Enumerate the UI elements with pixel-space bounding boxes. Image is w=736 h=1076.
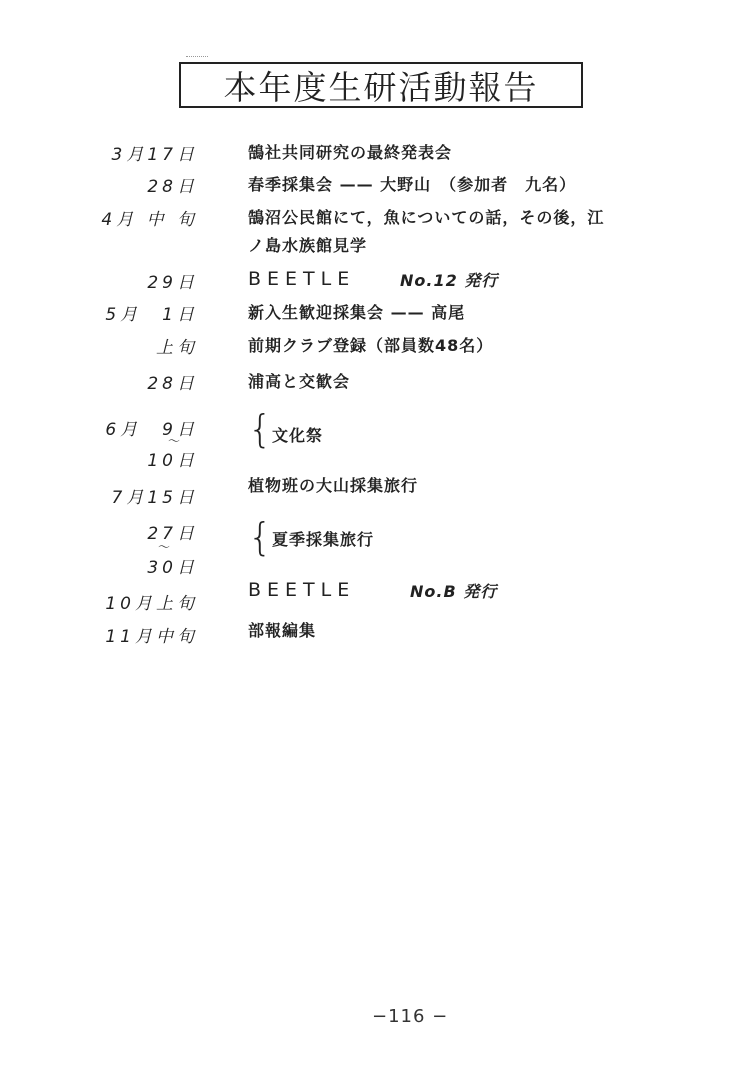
entry-row: 上旬 前期クラブ登録（部員数48名）	[0, 333, 736, 363]
entry-event: 鵠沼公民館にて，魚についての話，その後，江	[248, 205, 604, 228]
entry-event: 鵠社共同研究の最終発表会	[248, 140, 452, 163]
entry-date: 3月17日	[112, 140, 198, 165]
entry-date: 6月 9日	[105, 415, 198, 440]
entry-date: 10月上旬	[105, 589, 198, 614]
entry-row: 6月 9日 文化祭	[0, 415, 736, 445]
entry-event-prefix: BEETLE	[248, 268, 355, 290]
entry-row: 7月15日 植物班の大山採集旅行	[0, 483, 736, 513]
entry-event: 浦高と交歓会	[248, 369, 350, 392]
entry-event: 植物班の大山採集旅行	[248, 473, 418, 496]
entry-event-prefix: BEETLE	[248, 579, 355, 601]
page-number: −116 −	[372, 1006, 448, 1027]
entry-event: 前期クラブ登録（部員数48名）	[248, 333, 493, 356]
entry-event: No.12 発行	[400, 268, 498, 291]
entry-row: 5月 1日 新入生歓迎採集会 —— 高尾	[0, 300, 736, 330]
entry-date: 4月 中 旬	[101, 205, 198, 230]
entry-row: 4月 中 旬 鵠沼公民館にて，魚についての話，その後，江	[0, 205, 736, 235]
entry-event: ノ島水族館見学	[248, 233, 367, 256]
entry-date: 7月15日	[112, 483, 198, 508]
entry-row: 28日 浦高と交歓会	[0, 369, 736, 399]
entry-date: 27日	[147, 519, 198, 544]
title-speck	[186, 56, 208, 59]
entry-row: 11月中旬 部報編集	[0, 622, 736, 652]
brace-mark: {	[248, 518, 272, 556]
entry-date: 上旬	[156, 333, 198, 358]
entry-row: ノ島水族館見学	[0, 233, 736, 263]
entry-event: 春季採集会 —— 大野山 （参加者 九名）	[248, 172, 576, 195]
entry-row: 29日 BEETLE No.12 発行	[0, 268, 736, 298]
entry-date: 11月中旬	[105, 622, 198, 647]
entry-row: 3月17日 鵠社共同研究の最終発表会	[0, 140, 736, 170]
entry-date: 10日	[147, 446, 198, 471]
page-title: 本年度生研活動報告	[179, 62, 583, 108]
entry-date: 29日	[147, 268, 198, 293]
entry-event: 新入生歓迎採集会 —— 高尾	[248, 300, 465, 323]
entry-date: 30日	[147, 553, 198, 578]
entry-date: 5月 1日	[105, 300, 198, 325]
entry-event: 文化祭	[272, 423, 323, 446]
entry-row: 10日	[0, 446, 736, 476]
entry-row: 28日 春季採集会 —— 大野山 （参加者 九名）	[0, 172, 736, 202]
brace-mark: {	[248, 410, 272, 448]
entry-row: 27日 夏季採集旅行	[0, 519, 736, 549]
entry-row: 30日	[0, 553, 736, 583]
entry-date: 28日	[147, 172, 198, 197]
entry-event: 部報編集	[248, 618, 316, 641]
entry-event: 夏季採集旅行	[272, 527, 374, 550]
entry-event: No.B 発行	[410, 579, 497, 602]
entry-date: 28日	[147, 369, 198, 394]
entry-row: 10月上旬 BEETLE No.B 発行	[0, 589, 736, 619]
